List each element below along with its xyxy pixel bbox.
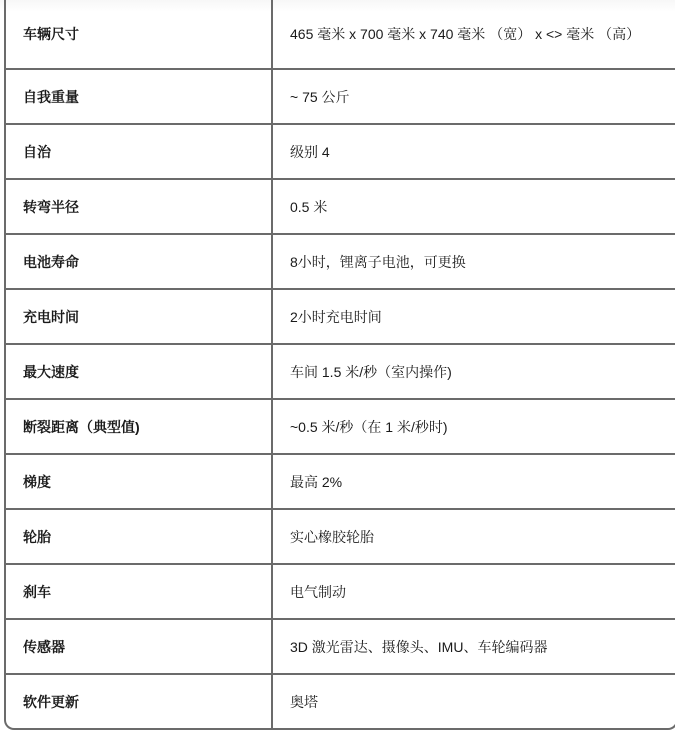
row-label: 自治 — [6, 124, 272, 179]
table-row-software-updates: 软件更新 奥塔 — [6, 674, 675, 728]
row-label: 最大速度 — [6, 344, 272, 399]
row-value: 车间 1.5 米/秒（室内操作) — [272, 344, 675, 399]
table-row-sensors: 传感器 3D 激光雷达、摄像头、IMU、车轮编码器 — [6, 619, 675, 674]
row-value: 实心橡胶轮胎 — [272, 509, 675, 564]
row-value: ~0.5 米/秒（在 1 米/秒时) — [272, 399, 675, 454]
row-label: 充电时间 — [6, 289, 272, 344]
table-row-charging-time: 充电时间 2小时充电时间 — [6, 289, 675, 344]
row-label: 断裂距离（典型值) — [6, 399, 272, 454]
row-value: 2小时充电时间 — [272, 289, 675, 344]
table-row-gradient: 梯度 最高 2% — [6, 454, 675, 509]
spec-table-container: 车辆尺寸 465 毫米 x 700 毫米 x 740 毫米 （宽） x <> 毫… — [4, 0, 675, 730]
row-label: 刹车 — [6, 564, 272, 619]
row-value: 3D 激光雷达、摄像头、IMU、车轮编码器 — [272, 619, 675, 674]
row-value: 0.5 米 — [272, 179, 675, 234]
row-label: 传感器 — [6, 619, 272, 674]
table-row-battery-life: 电池寿命 8小时，锂离子电池，可更换 — [6, 234, 675, 289]
row-value: ~ 75 公斤 — [272, 69, 675, 124]
row-label: 梯度 — [6, 454, 272, 509]
table-row-brakes: 刹车 电气制动 — [6, 564, 675, 619]
row-value: 最高 2% — [272, 454, 675, 509]
row-label: 电池寿命 — [6, 234, 272, 289]
row-label: 自我重量 — [6, 69, 272, 124]
table-row-autonomy: 自治 级别 4 — [6, 124, 675, 179]
row-label: 软件更新 — [6, 674, 272, 728]
spec-table: 车辆尺寸 465 毫米 x 700 毫米 x 740 毫米 （宽） x <> 毫… — [6, 0, 675, 728]
table-row-curb-weight: 自我重量 ~ 75 公斤 — [6, 69, 675, 124]
table-row-max-speed: 最大速度 车间 1.5 米/秒（室内操作) — [6, 344, 675, 399]
row-label: 转弯半径 — [6, 179, 272, 234]
row-label: 轮胎 — [6, 509, 272, 564]
table-row-braking-distance: 断裂距离（典型值) ~0.5 米/秒（在 1 米/秒时) — [6, 399, 675, 454]
row-value: 8小时，锂离子电池，可更换 — [272, 234, 675, 289]
table-row-turning-radius: 转弯半径 0.5 米 — [6, 179, 675, 234]
row-value: 奥塔 — [272, 674, 675, 728]
row-value: 465 毫米 x 700 毫米 x 740 毫米 （宽） x <> 毫米 （高） — [272, 0, 675, 69]
row-label: 车辆尺寸 — [6, 0, 272, 69]
table-row-vehicle-dimensions: 车辆尺寸 465 毫米 x 700 毫米 x 740 毫米 （宽） x <> 毫… — [6, 0, 675, 69]
table-row-tires: 轮胎 实心橡胶轮胎 — [6, 509, 675, 564]
row-value: 电气制动 — [272, 564, 675, 619]
row-value: 级别 4 — [272, 124, 675, 179]
